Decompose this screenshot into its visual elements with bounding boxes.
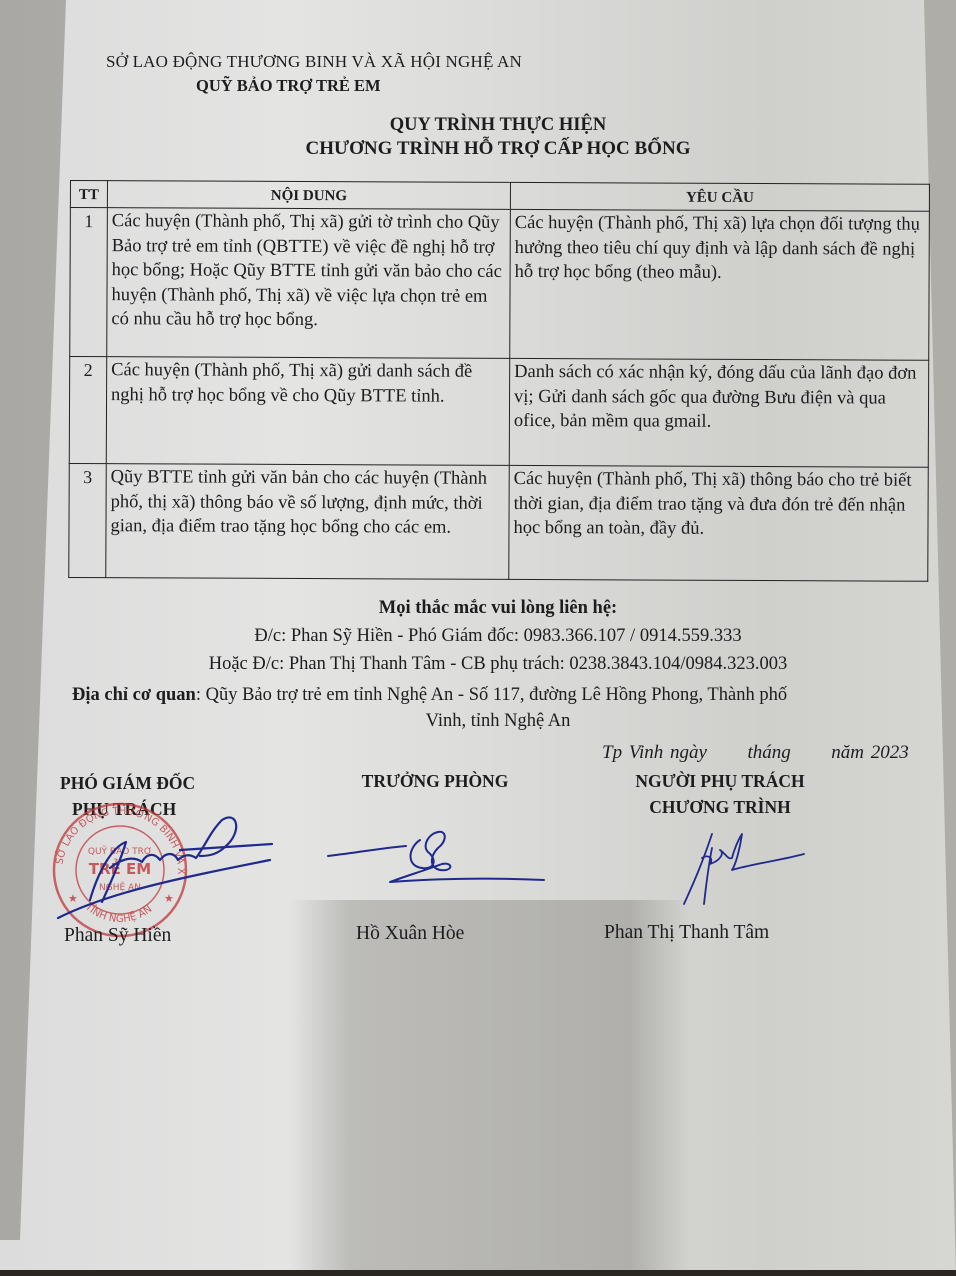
contact-line-1: Đ/c: Phan Sỹ Hiền - Phó Giám đốc: 0983.3… xyxy=(0,626,956,647)
row-number: 2 xyxy=(69,357,106,464)
role-line: CHƯƠNG TRÌNH xyxy=(600,794,840,820)
signature-program-officer-icon xyxy=(672,830,822,910)
column-header-tt: TT xyxy=(70,181,107,208)
table-row: 2 Các huyện (Thành phố, Thị xã) gửi danh… xyxy=(69,357,928,468)
office-address: Địa chỉ cơ quan: Qũy Bảo trợ trẻ em tỉnh… xyxy=(72,685,787,706)
column-header-requirement: YÊU CẦU xyxy=(510,182,929,211)
contact-line-2: Hoặc Đ/c: Phan Thị Thanh Tâm - CB phụ tr… xyxy=(0,654,956,675)
signature-head-of-department-icon xyxy=(322,826,552,896)
table-row: 1 Các huyện (Thành phố, Thị xã) gửi tờ t… xyxy=(70,208,930,361)
row-requirement: Danh sách có xác nhận ký, đóng dấu của l… xyxy=(509,358,928,467)
role-line: NGƯỜI PHỤ TRÁCH xyxy=(600,768,840,794)
row-requirement: Các huyện (Thành phố, Thị xã) thông báo … xyxy=(509,465,928,581)
signatory-role-program-officer: NGƯỜI PHỤ TRÁCH CHƯƠNG TRÌNH xyxy=(600,768,840,820)
role-line: TRƯỞNG PHÒNG xyxy=(340,768,530,794)
document-subtitle: CHƯƠNG TRÌNH HỖ TRỢ CẤP HỌC BỔNG xyxy=(0,138,956,160)
address-text: : Qũy Bảo trợ trẻ em tỉnh Nghệ An - Số 1… xyxy=(196,685,787,705)
row-content: Qũy BTTE tỉnh gửi văn bản cho các huyện … xyxy=(106,464,509,580)
row-content: Các huyện (Thành phố, Thị xã) gửi danh s… xyxy=(106,357,509,466)
document: SỞ LAO ĐỘNG THƯƠNG BINH VÀ XÃ HỘI NGHỆ A… xyxy=(0,0,956,1276)
row-number: 3 xyxy=(69,463,106,577)
signatory-name-program-officer: Phan Thị Thanh Tâm xyxy=(604,922,769,944)
procedure-table: TT NỘI DUNG YÊU CẦU 1 Các huyện (Thành p… xyxy=(68,180,930,582)
date-line: Tp Vinh ngày tháng năm 2023 xyxy=(602,742,909,764)
column-header-content: NỘI DUNG xyxy=(107,181,510,210)
office-address-continued: Vinh, tỉnh Nghệ An xyxy=(0,711,956,732)
address-label: Địa chỉ cơ quan xyxy=(72,685,196,705)
row-number: 1 xyxy=(70,208,108,357)
signatory-role-head-of-department: TRƯỞNG PHÒNG xyxy=(340,768,530,794)
signatory-name-head-of-department: Hồ Xuân Hòe xyxy=(356,923,464,945)
row-content: Các huyện (Thành phố, Thị xã) gửi tờ trì… xyxy=(107,208,511,359)
row-requirement: Các huyện (Thành phố, Thị xã) lựa chọn đ… xyxy=(510,209,930,360)
signature-deputy-director-icon xyxy=(50,812,280,922)
signatory-name-deputy-director: Phan Sỹ Hiền xyxy=(64,925,171,947)
contact-heading: Mọi thắc mắc vui lòng liên hệ: xyxy=(0,598,956,619)
document-title: QUY TRÌNH THỰC HIỆN xyxy=(0,115,956,136)
table-header-row: TT NỘI DUNG YÊU CẦU xyxy=(70,181,929,212)
table-row: 3 Qũy BTTE tỉnh gửi văn bản cho các huyệ… xyxy=(69,463,928,581)
fund-name: QUỸ BẢO TRỢ TRẺ EM xyxy=(196,76,381,96)
agency-name: SỞ LAO ĐỘNG THƯƠNG BINH VÀ XÃ HỘI NGHỆ A… xyxy=(106,52,522,72)
